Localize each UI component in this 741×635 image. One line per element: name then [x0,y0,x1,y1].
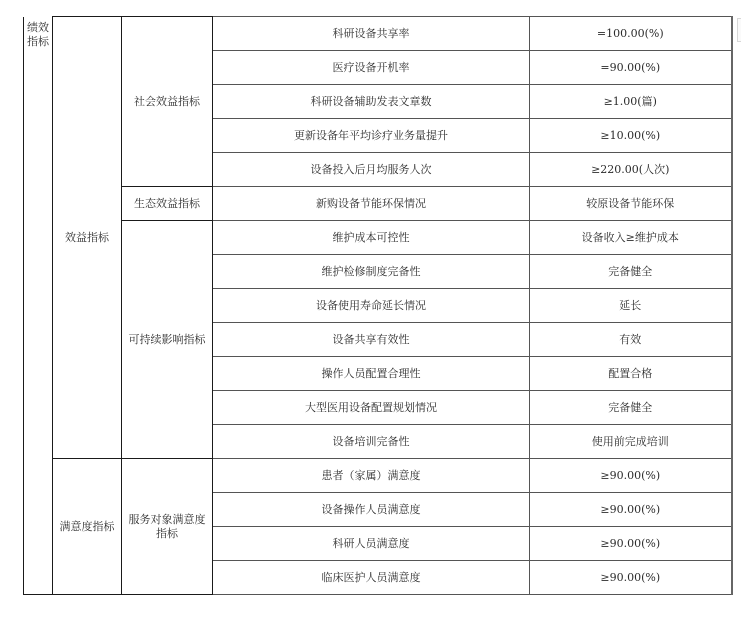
value-cell: 设备收入≥维护成本 [530,221,732,255]
page-edge-marker [737,18,741,42]
value-cell: 延长 [530,289,732,323]
performance-indicator-table-container: 绩效指标 效益指标 社会效益指标 科研设备共享率 =100.00(%) 医疗设备… [23,16,733,595]
value-cell: ≥1.00(篇) [530,85,732,119]
indicator-cell: 维护检修制度完备性 [213,255,530,289]
indicator-cell: 操作人员配置合理性 [213,357,530,391]
level1-label: 绩效指标 [24,17,53,595]
group-label-sustainable-impact: 可持续影响指标 [122,221,213,459]
indicator-cell: 设备投入后月均服务人次 [213,153,530,187]
indicator-cell: 科研设备辅助发表文章数 [213,85,530,119]
value-cell: 有效 [530,323,732,357]
indicator-cell: 医疗设备开机率 [213,51,530,85]
value-cell: 较原设备节能环保 [530,187,732,221]
indicator-cell: 维护成本可控性 [213,221,530,255]
value-cell: ≥90.00(%) [530,459,732,493]
indicator-cell: 设备操作人员满意度 [213,493,530,527]
value-cell: =100.00(%) [530,17,732,51]
value-cell: ≥90.00(%) [530,561,732,595]
indicator-cell: 更新设备年平均诊疗业务量提升 [213,119,530,153]
table-row: 生态效益指标 新购设备节能环保情况 较原设备节能环保 [24,187,732,221]
indicator-cell: 科研设备共享率 [213,17,530,51]
value-cell: 使用前完成培训 [530,425,732,459]
table-row: 满意度指标 服务对象满意度指标 患者（家属）满意度 ≥90.00(%) [24,459,732,493]
value-cell: ≥90.00(%) [530,527,732,561]
value-cell: 完备健全 [530,255,732,289]
performance-indicator-table: 绩效指标 效益指标 社会效益指标 科研设备共享率 =100.00(%) 医疗设备… [23,16,733,595]
value-cell: 完备健全 [530,391,732,425]
group-label-ecological-benefit: 生态效益指标 [122,187,213,221]
value-cell: 配置合格 [530,357,732,391]
group-label-social-benefit: 社会效益指标 [122,17,213,187]
indicator-cell: 临床医护人员满意度 [213,561,530,595]
indicator-cell: 大型医用设备配置规划情况 [213,391,530,425]
section-label-satisfaction: 满意度指标 [53,459,122,595]
indicator-cell: 新购设备节能环保情况 [213,187,530,221]
indicator-cell: 设备共享有效性 [213,323,530,357]
indicator-cell: 设备培训完备性 [213,425,530,459]
indicator-cell: 患者（家属）满意度 [213,459,530,493]
indicator-cell: 科研人员满意度 [213,527,530,561]
section-label-benefit: 效益指标 [53,17,122,459]
value-cell: ≥90.00(%) [530,493,732,527]
table-row: 可持续影响指标 维护成本可控性 设备收入≥维护成本 [24,221,732,255]
value-cell: ≥10.00(%) [530,119,732,153]
value-cell: ≥220.00(人次) [530,153,732,187]
value-cell: =90.00(%) [530,51,732,85]
table-row: 绩效指标 效益指标 社会效益指标 科研设备共享率 =100.00(%) [24,17,732,51]
indicator-cell: 设备使用寿命延长情况 [213,289,530,323]
group-label-service-target-satisfaction: 服务对象满意度指标 [122,459,213,595]
